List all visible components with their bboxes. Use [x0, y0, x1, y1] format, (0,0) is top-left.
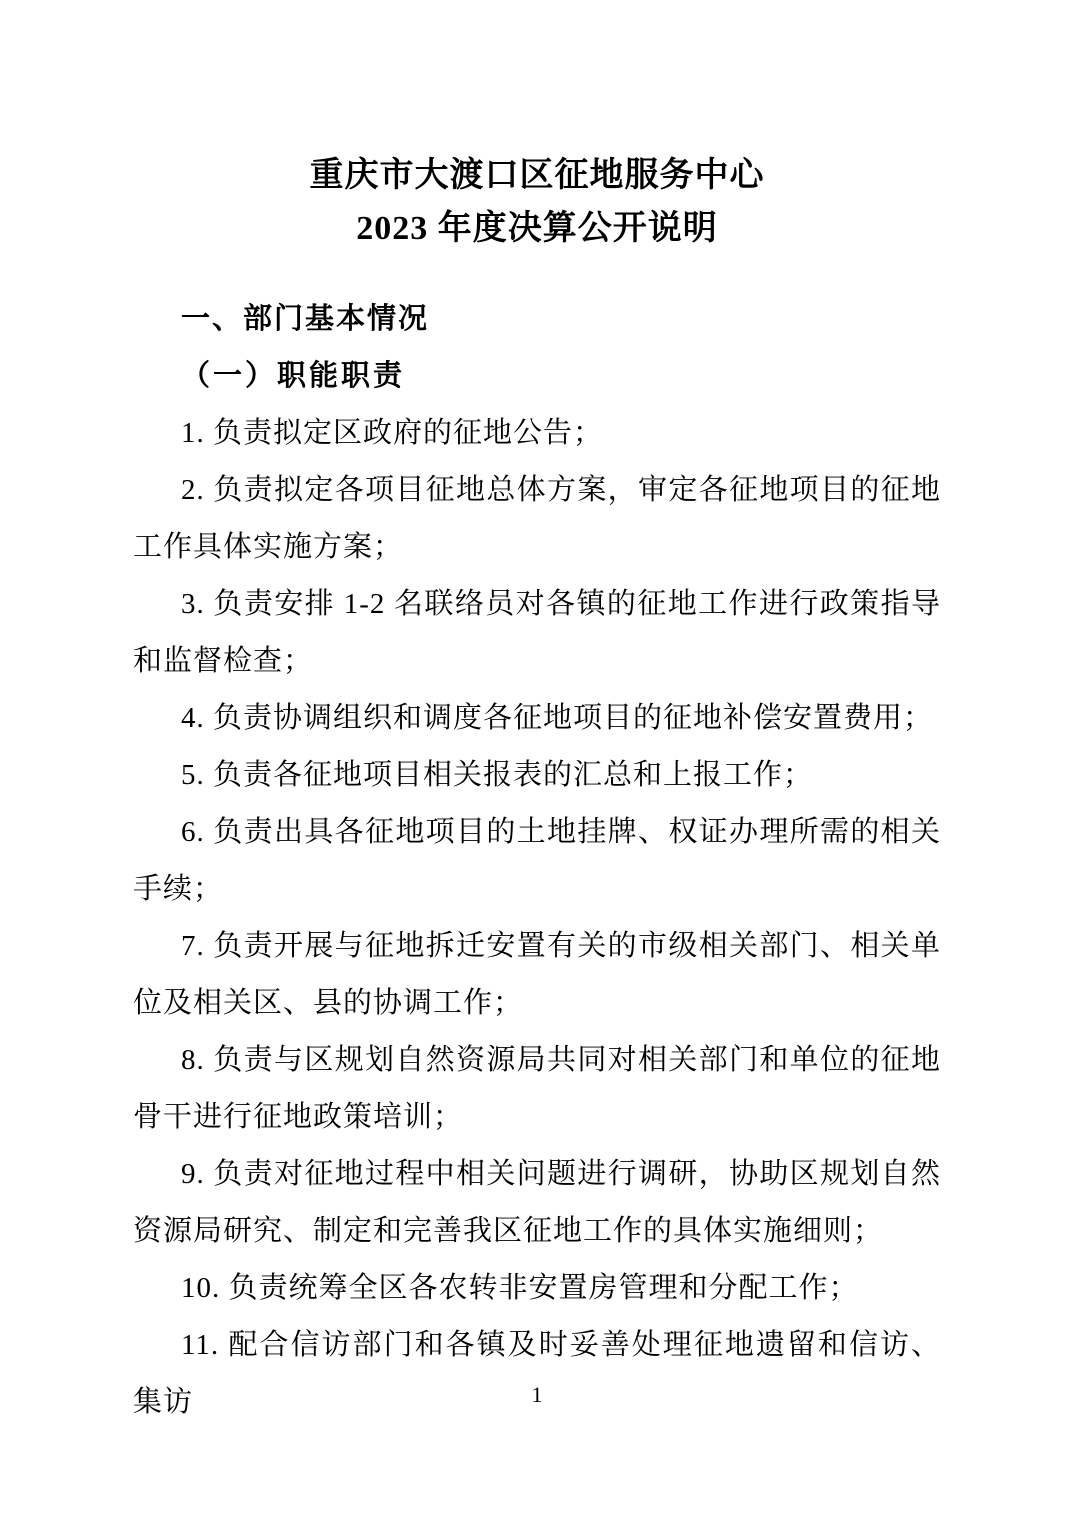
list-item-3: 3. 负责安排 1-2 名联络员对各镇的征地工作进行政策指导和监督检查；	[133, 576, 941, 690]
document-title-line1: 重庆市大渡口区征地服务中心	[133, 149, 941, 202]
page-number: 1	[0, 1382, 1074, 1408]
list-item-9: 9. 负责对征地过程中相关问题进行调研，协助区规划自然资源局研究、制定和完善我区…	[133, 1146, 941, 1260]
section-heading: 一、部门基本情况	[133, 291, 941, 348]
subsection-heading: （一）职能职责	[133, 348, 941, 405]
list-item-6: 6. 负责出具各征地项目的土地挂牌、权证办理所需的相关手续；	[133, 804, 941, 918]
list-item-2: 2. 负责拟定各项目征地总体方案，审定各征地项目的征地工作具体实施方案；	[133, 462, 941, 576]
list-item-1: 1. 负责拟定区政府的征地公告；	[133, 405, 941, 462]
list-item-8: 8. 负责与区规划自然资源局共同对相关部门和单位的征地骨干进行征地政策培训；	[133, 1032, 941, 1146]
list-item-11: 11. 配合信访部门和各镇及时妥善处理征地遗留和信访、集访	[133, 1317, 941, 1431]
list-item-5: 5. 负责各征地项目相关报表的汇总和上报工作；	[133, 747, 941, 804]
list-item-4: 4. 负责协调组织和调度各征地项目的征地补偿安置费用；	[133, 690, 941, 747]
list-item-10: 10. 负责统筹全区各农转非安置房管理和分配工作；	[133, 1260, 941, 1317]
document-title: 重庆市大渡口区征地服务中心 2023 年度决算公开说明	[133, 0, 941, 255]
list-item-7: 7. 负责开展与征地拆迁安置有关的市级相关部门、相关单位及相关区、县的协调工作；	[133, 918, 941, 1032]
document-title-line2: 2023 年度决算公开说明	[133, 202, 941, 255]
document-content: 重庆市大渡口区征地服务中心 2023 年度决算公开说明 一、部门基本情况 （一）…	[133, 0, 941, 1431]
document-page: 重庆市大渡口区征地服务中心 2023 年度决算公开说明 一、部门基本情况 （一）…	[0, 0, 1074, 1520]
